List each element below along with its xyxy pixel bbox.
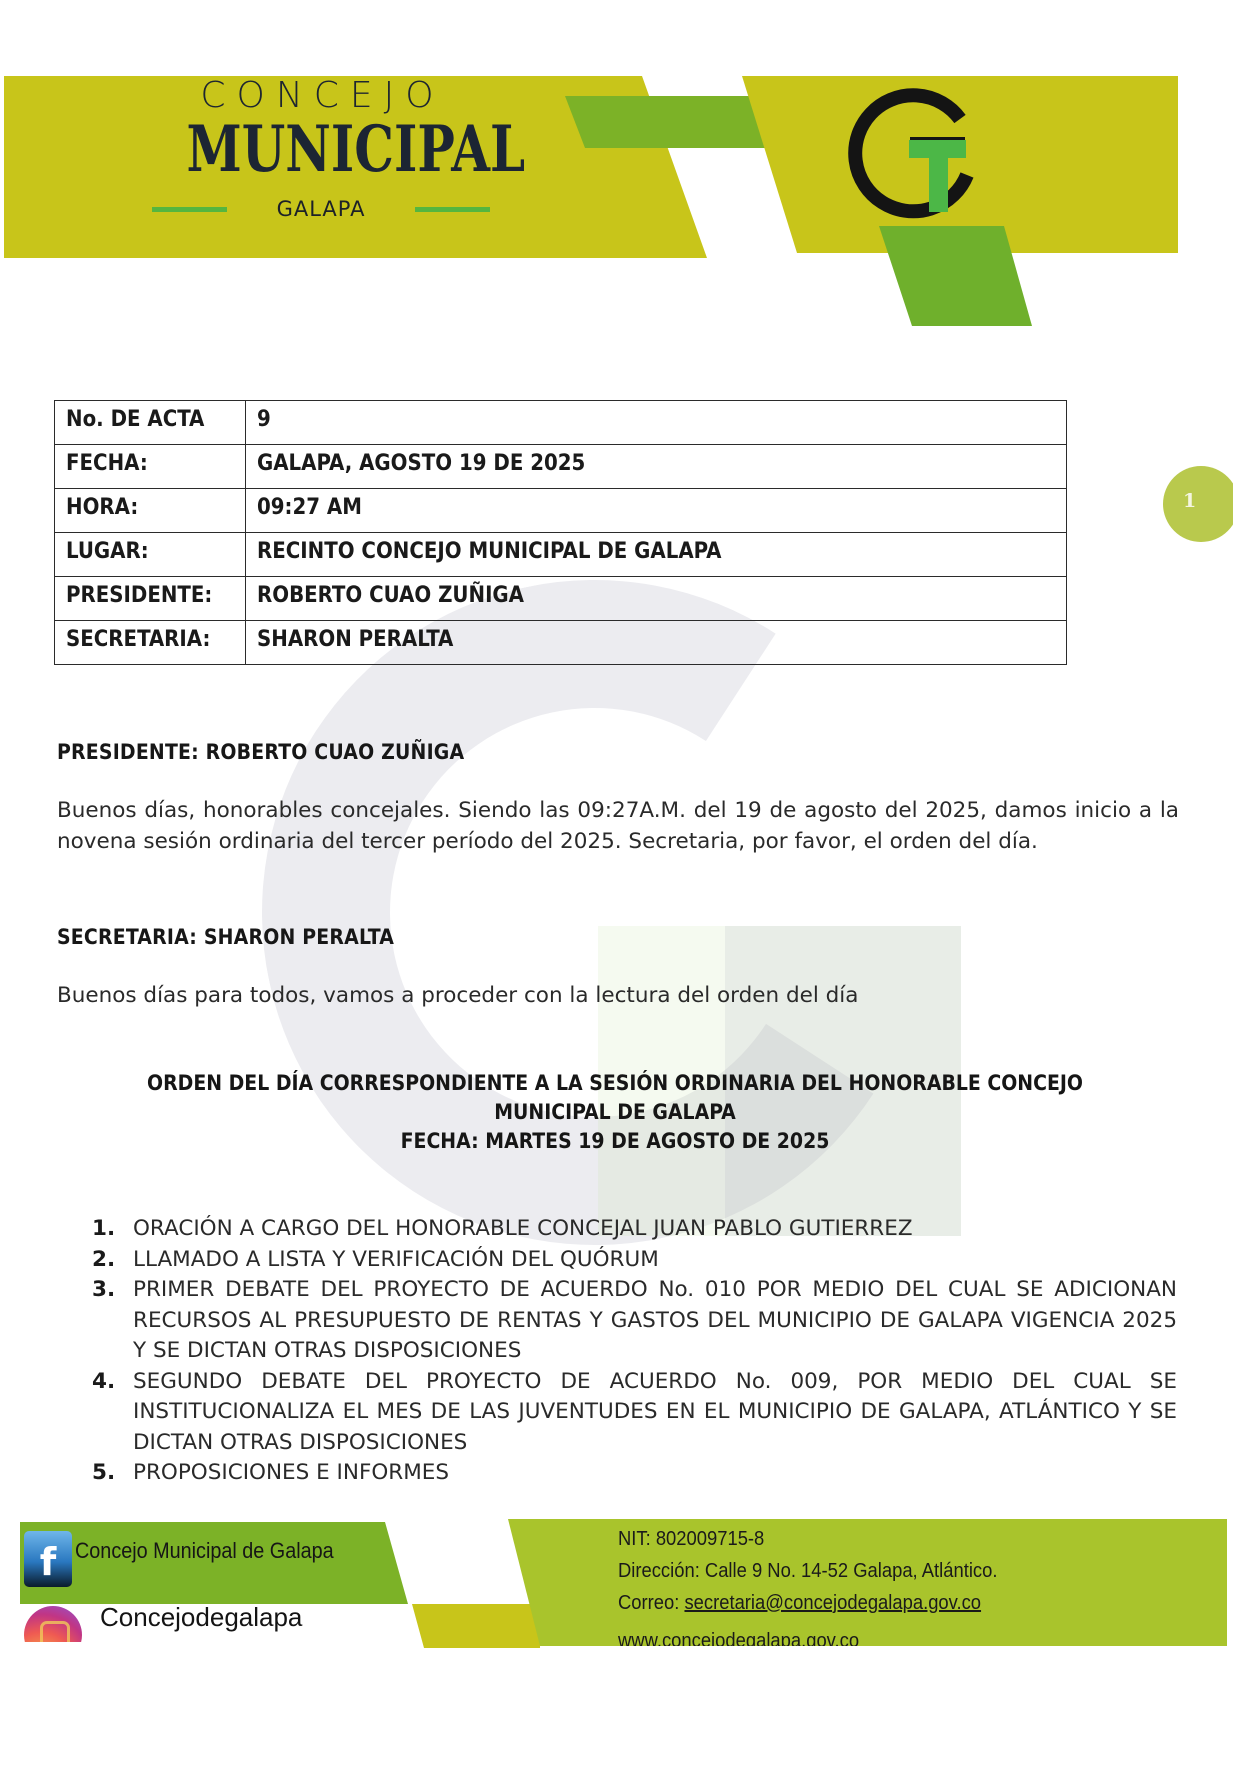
footer-email-label: Correo: [618,1592,684,1614]
instagram-icon[interactable] [24,1606,84,1642]
agenda-item: 2.LLAMADO A LISTA Y VERIFICACIÓN DEL QUÓ… [92,1245,1177,1276]
footer-website-link[interactable]: www.concejodegalapa.gov.co [618,1630,859,1646]
brand-municipal: MUNICIPAL [187,118,460,182]
footer-nit: NIT: 802009715-8 [618,1528,764,1551]
info-value: 9 [246,401,1067,445]
agenda-item: 4.SEGUNDO DEBATE DEL PROYECTO DE ACUERDO… [92,1367,1177,1459]
footer-email-link[interactable]: secretaria@concejodegalapa.gov.co [684,1592,981,1614]
presidente-statement: Buenos días, honorables concejales. Sien… [57,795,1179,857]
agenda-item: 3.PRIMER DEBATE DEL PROYECTO DE ACUERDO … [92,1275,1177,1367]
agenda-item-number: 5. [92,1458,133,1489]
instagram-handle-link[interactable]: Concejodegalapa [100,1602,302,1633]
info-row: LUGAR:RECINTO CONCEJO MUNICIPAL DE GALAP… [55,533,1067,577]
page-number: 1 [1183,490,1196,512]
info-row: PRESIDENTE:ROBERTO CUAO ZUÑIGA [55,577,1067,621]
facebook-page-link[interactable]: Concejo Municipal de Galapa [75,1538,334,1564]
speaker-secretaria: SECRETARIA: SHARON PERALTA [57,925,394,949]
agenda-title-line3: FECHA: MARTES 19 DE AGOSTO DE 2025 [60,1126,1170,1156]
agenda-item: 1.ORACIÓN A CARGO DEL HONORABLE CONCEJAL… [92,1214,1177,1245]
footer-address: Dirección: Calle 9 No. 14-52 Galapa, Atl… [618,1560,997,1583]
page-number-badge: 1 [1163,466,1233,542]
info-row: HORA:09:27 AM [55,489,1067,533]
info-label: No. DE ACTA [55,401,246,445]
info-label: HORA: [55,489,246,533]
info-value: GALAPA, AGOSTO 19 DE 2025 [246,445,1067,489]
info-row: SECRETARIA:SHARON PERALTA [55,621,1067,665]
agenda-item-number: 4. [92,1367,133,1459]
footer-email-row: Correo: secretaria@concejodegalapa.gov.c… [618,1592,981,1615]
brand-galapa-row: GALAPA [152,196,490,222]
info-value: ROBERTO CUAO ZUÑIGA [246,577,1067,621]
agenda-title-line2: MUNICIPAL DE GALAPA [60,1097,1170,1127]
info-label: SECRETARIA: [55,621,246,665]
info-row: No. DE ACTA9 [55,401,1067,445]
facebook-icon[interactable]: f [24,1531,72,1587]
brand-divider [152,207,227,212]
agenda-item-number: 1. [92,1214,133,1245]
agenda-item-text: PROPOSICIONES E INFORMES [133,1458,1177,1489]
brand-concejo: CONCEJO [150,78,495,114]
info-value: 09:27 AM [246,489,1067,533]
info-value: SHARON PERALTA [246,621,1067,665]
agenda-item-text: PRIMER DEBATE DEL PROYECTO DE ACUERDO No… [133,1275,1177,1367]
agenda-item-text: ORACIÓN A CARGO DEL HONORABLE CONCEJAL J… [133,1214,1177,1245]
info-label: PRESIDENTE: [55,577,246,621]
speaker-presidente: PRESIDENTE: ROBERTO CUAO ZUÑIGA [57,740,464,764]
acta-info-table: No. DE ACTA9FECHA:GALAPA, AGOSTO 19 DE 2… [54,400,1067,665]
badge-circle [1163,466,1233,542]
footer-website-row: www.concejodegalapa.gov.co [600,1630,1230,1646]
brand-galapa: GALAPA [277,197,366,221]
secretaria-statement: Buenos días para todos, vamos a proceder… [57,980,1177,1011]
info-value: RECINTO CONCEJO MUNICIPAL DE GALAPA [246,533,1067,577]
info-label: FECHA: [55,445,246,489]
info-label: LUGAR: [55,533,246,577]
info-row: FECHA:GALAPA, AGOSTO 19 DE 2025 [55,445,1067,489]
agenda-title-line1: ORDEN DEL DÍA CORRESPONDIENTE A LA SESIÓ… [60,1068,1170,1098]
agenda-item: 5.PROPOSICIONES E INFORMES [92,1458,1177,1489]
agenda-item-text: LLAMADO A LISTA Y VERIFICACIÓN DEL QUÓRU… [133,1245,1177,1276]
agenda-list: 1.ORACIÓN A CARGO DEL HONORABLE CONCEJAL… [92,1214,1177,1489]
agenda-item-text: SEGUNDO DEBATE DEL PROYECTO DE ACUERDO N… [133,1367,1177,1459]
agenda-item-number: 2. [92,1245,133,1276]
agenda-item-number: 3. [92,1275,133,1367]
brand-divider [415,207,490,212]
